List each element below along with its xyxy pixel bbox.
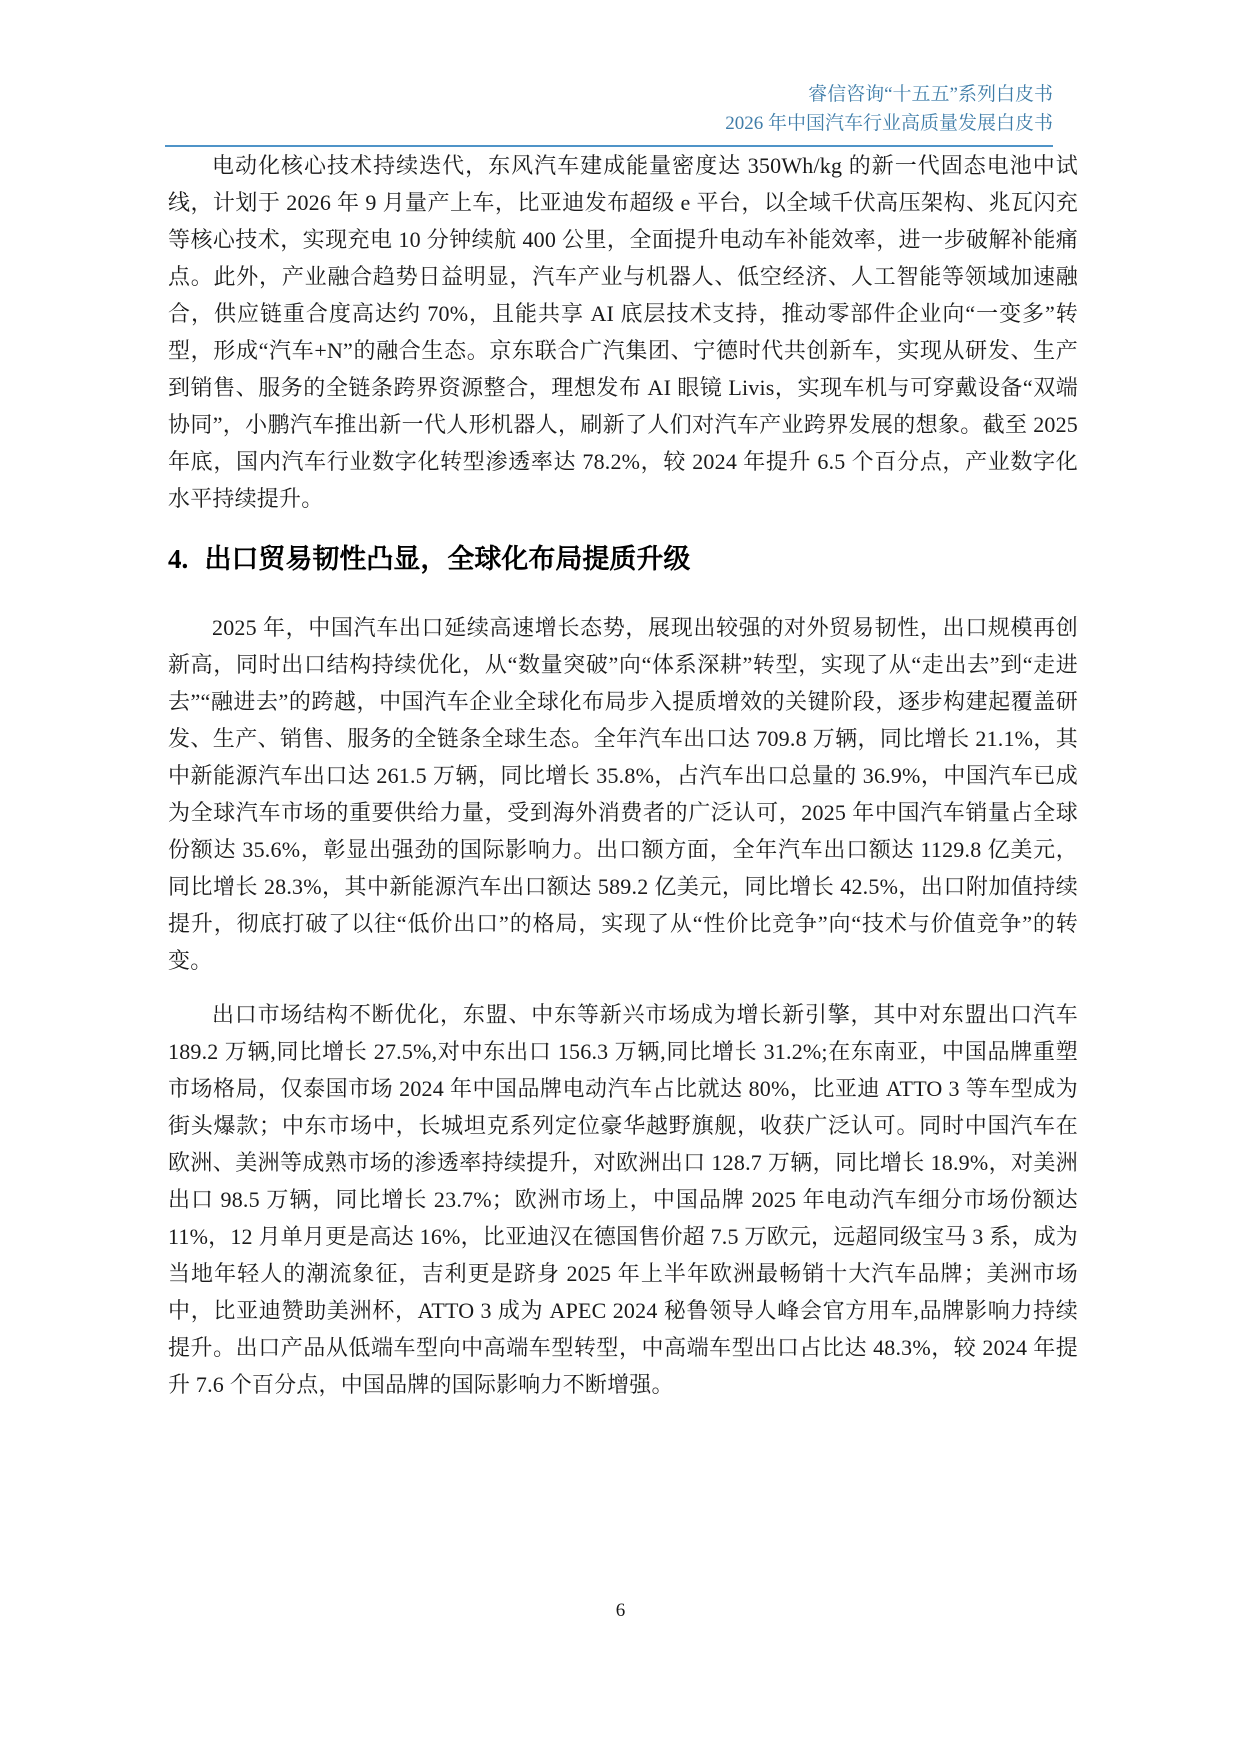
paragraph-export-markets: 出口市场结构不断优化，东盟、中东等新兴市场成为增长新引擎，其中对东盟出口汽车 1… bbox=[168, 996, 1078, 1403]
document-page: 睿信咨询“十五五”系列白皮书 2026 年中国汽车行业高质量发展白皮书 电动化核… bbox=[0, 0, 1241, 1754]
section-number: 4. bbox=[168, 544, 188, 574]
document-body: 电动化核心技术持续迭代，东风汽车建成能量密度达 350Wh/kg 的新一代固态电… bbox=[168, 147, 1078, 1403]
section-title: 出口贸易韧性凸显，全球化布局提质升级 bbox=[204, 544, 690, 574]
header-text-block: 睿信咨询“十五五”系列白皮书 2026 年中国汽车行业高质量发展白皮书 bbox=[165, 80, 1053, 138]
section-4-heading: 4.出口贸易韧性凸显，全球化布局提质升级 bbox=[168, 539, 1078, 579]
header-series-title: 睿信咨询“十五五”系列白皮书 bbox=[165, 80, 1053, 109]
header-document-title: 2026 年中国汽车行业高质量发展白皮书 bbox=[165, 109, 1053, 138]
page-header: 睿信咨询“十五五”系列白皮书 2026 年中国汽车行业高质量发展白皮书 bbox=[0, 0, 1241, 147]
page-number: 6 bbox=[616, 1600, 626, 1621]
page-footer: 6 bbox=[0, 1600, 1241, 1622]
paragraph-electrification: 电动化核心技术持续迭代，东风汽车建成能量密度达 350Wh/kg 的新一代固态电… bbox=[168, 147, 1078, 517]
paragraph-export-growth: 2025 年，中国汽车出口延续高速增长态势，展现出较强的对外贸易韧性，出口规模再… bbox=[168, 609, 1078, 979]
